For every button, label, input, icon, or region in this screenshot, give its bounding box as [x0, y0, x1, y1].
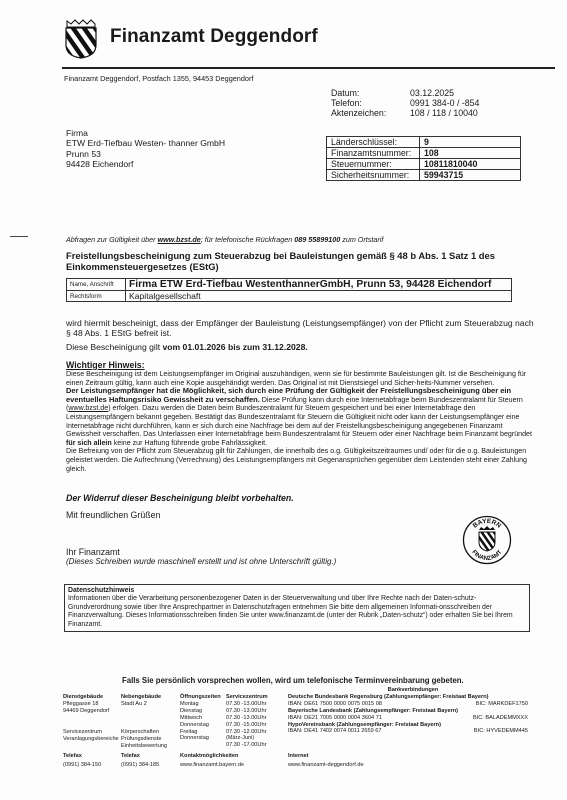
hours-row: Donnerstag07.30 -15.00Uhr: [180, 722, 268, 729]
bavarian-lozenge-crest-icon: [64, 19, 98, 59]
office-name: Finanzamt Deggendorf: [110, 26, 318, 48]
validity-check-note: Abfragen zur Gültigkeit über www.bzst.de…: [66, 235, 383, 244]
legal-form-value: Kapitalgesellschaft: [126, 291, 512, 302]
bank-row: IBAN: DE61 7500 0000 0075 0015 08BIC: MA…: [288, 701, 528, 708]
revocation-note: Der Widerruf dieser Bescheinigung bleibt…: [66, 493, 294, 503]
document-title: Freistellungsbescheinigung zum Steuerabz…: [66, 250, 536, 272]
hours-row: 07.30 -17.00Uhr: [180, 742, 268, 749]
important-notice: Wichtiger Hinweis: Diese Bescheinigung i…: [66, 360, 536, 473]
signoff: Ihr Finanzamt: [66, 547, 120, 557]
main-building: Dienstgebäude Pfleggasse 18 94469 Deggen…: [63, 694, 109, 715]
document-meta: Datum:03.12.2025 Telefon:0991 384-0 / -8…: [331, 88, 479, 119]
recipient-address: Firma ETW Erd-Tiefbau Westen- thanner Gm…: [66, 128, 225, 169]
legal-form-label: Rechtsform: [67, 291, 126, 302]
hours-row: Mittwoch07.30 -13.00Uhr: [180, 715, 268, 722]
notice-paragraph: Diese Bescheinigung ist dem Leistungsemp…: [66, 370, 536, 387]
name-address-box: Name, Anschrift Firma ETW Erd-Tiefbau We…: [66, 278, 512, 302]
appointment-note: Falls Sie persönlich vorsprechen wollen,…: [122, 676, 464, 685]
annex-building: Nebengebäude Stadt Au 2: [121, 694, 161, 708]
meta-phone: Telefon:0991 384-0 / -854: [331, 98, 479, 108]
notice-title: Wichtiger Hinweis:: [66, 360, 536, 370]
machine-generated-note: (Dieses Schreiben wurde maschinell erste…: [66, 557, 336, 566]
tax-id-table: Länderschlüssel:9 Finanzamtsnummer:108 S…: [326, 136, 521, 181]
bank-row: IBAN: DE21 7005 0000 0004 3604 71BIC: BA…: [288, 715, 528, 722]
meta-file-ref: Aktenzeichen:108 / 118 / 10040: [331, 108, 479, 118]
notice-paragraph: Der Leistungsempfänger hat die Möglichke…: [66, 387, 536, 447]
notice-paragraph: Die Befreiung von der Pflicht zum Steuer…: [66, 447, 536, 473]
name-label: Name, Anschrift: [67, 279, 126, 291]
privacy-notice: Datenschutzhinweis Informationen über di…: [64, 584, 530, 632]
bzst-link[interactable]: www.bzst.de: [158, 235, 201, 244]
table-row: Finanzamtsnummer:108: [327, 148, 521, 159]
fax-annex: Telefax (0991) 384-185: [121, 753, 159, 769]
table-row: Sicherheitsnummer:59943715: [327, 170, 521, 181]
table-row: Name, Anschrift Firma ETW Erd-Tiefbau We…: [67, 279, 512, 291]
hours-row: Freitag07.30 -12.00Uhr: [180, 729, 268, 736]
service-center: Servicezentrum Veranlagungsbereiche: [63, 729, 119, 743]
corporations-dept: Körperschaften Prüfungsdienste Einheitsb…: [121, 729, 167, 750]
bank-details: Bankverbindungen Deutsche Bundesbank Reg…: [288, 687, 538, 735]
internet: Internet www.finanzamt-deggendorf.de: [288, 753, 364, 769]
hours-row: Donnerstag(März-Juni): [180, 735, 268, 742]
name-value: Firma ETW Erd-Tiefbau WestenthannerGmbH,…: [126, 279, 512, 291]
validity-period: Diese Bescheinigung gilt vom 01.01.2026 …: [66, 342, 536, 352]
bank-row: IBAN: DE41 7402 0074 0011 2659 67BIC: HY…: [288, 728, 528, 735]
certification-text: wird hiermit bescheinigt, dass der Empfä…: [66, 318, 536, 339]
privacy-text: Informationen über die Verarbeitung pers…: [68, 595, 526, 629]
bzst-link[interactable]: www.bzst.de: [68, 404, 108, 412]
contact-link[interactable]: www.finanzamt.bayern.de: [180, 762, 244, 769]
table-row: Länderschlüssel:9: [327, 137, 521, 148]
opening-hours: ÖffnungszeitenServicezentrum Montag07.30…: [180, 694, 268, 749]
return-address: Finanzamt Deggendorf, Postfach 1355, 944…: [64, 74, 253, 83]
fax-main: Telefax (0991) 384-150: [63, 753, 101, 769]
contact-options: Kontaktmöglichkeiten www.finanzamt.bayer…: [180, 753, 244, 769]
website-link[interactable]: www.finanzamt-deggendorf.de: [288, 762, 364, 769]
meta-date: Datum:03.12.2025: [331, 88, 479, 98]
hours-row: Dienstag07.30 -13.00Uhr: [180, 708, 268, 715]
table-row: Rechtsform Kapitalgesellschaft: [67, 291, 512, 302]
official-seal-icon: BAYERN FINANZAMT: [462, 515, 512, 565]
header-divider: [62, 67, 555, 69]
privacy-title: Datenschutzhinweis: [68, 587, 526, 595]
fold-mark: [10, 236, 28, 237]
hours-row: Montag07.30 -13.00Uhr: [180, 701, 268, 708]
greeting: Mit freundlichen Grüßen: [66, 510, 160, 520]
table-row: Steuernummer:10811810040: [327, 159, 521, 170]
